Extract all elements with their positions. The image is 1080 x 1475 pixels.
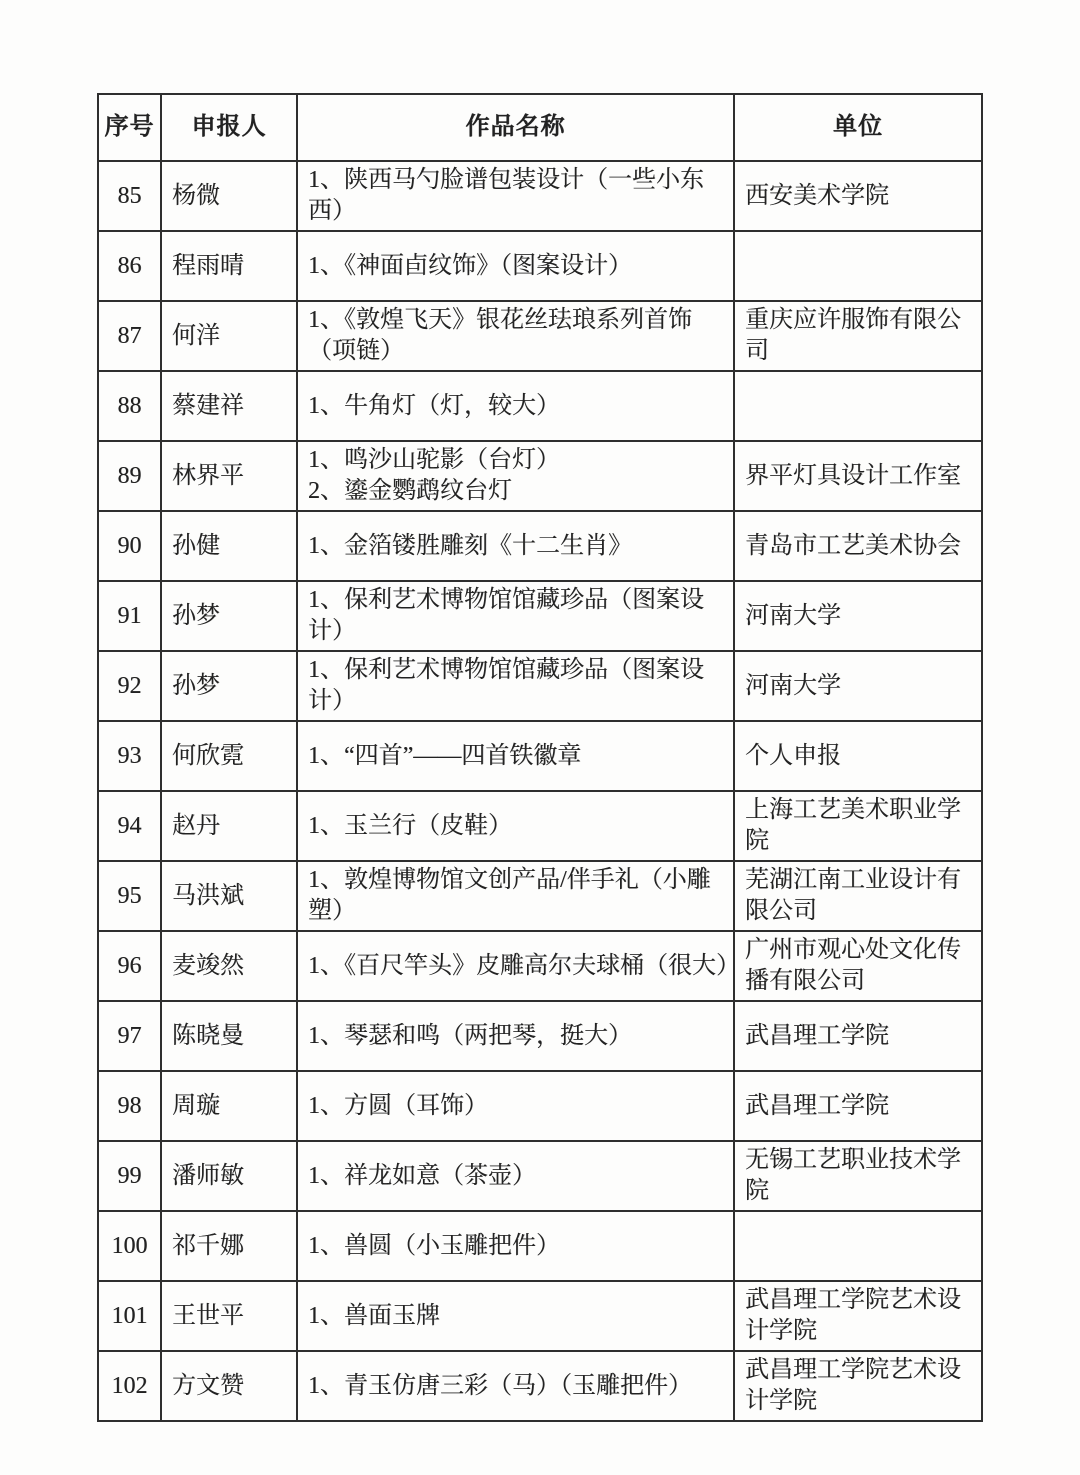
- row-applicant: 孙梦: [161, 651, 297, 721]
- row-organization: 河南大学: [734, 651, 982, 721]
- row-serial-number: 86: [98, 231, 161, 301]
- row-organization: 无锡工艺职业技术学院: [734, 1141, 982, 1211]
- row-applicant: 孙梦: [161, 581, 297, 651]
- table-row: 94 赵丹 1、玉兰行（皮鞋） 上海工艺美术职业学院: [98, 791, 982, 861]
- header-applicant: 申报人: [161, 94, 297, 161]
- table-row: 100 祁千娜 1、兽圆（小玉雕把件）: [98, 1211, 982, 1281]
- table-row: 86 程雨晴 1、《神面卣纹饰》（图案设计）: [98, 231, 982, 301]
- row-serial-number: 85: [98, 161, 161, 231]
- row-organization: 西安美术学院: [734, 161, 982, 231]
- row-applicant: 林界平: [161, 441, 297, 511]
- row-serial-number: 90: [98, 511, 161, 581]
- table-row: 97 陈晓曼 1、琴瑟和鸣（两把琴，挺大） 武昌理工学院: [98, 1001, 982, 1071]
- header-work-title: 作品名称: [297, 94, 734, 161]
- work-item: 1、琴瑟和鸣（两把琴，挺大）: [308, 1021, 729, 1052]
- row-applicant: 马洪斌: [161, 861, 297, 931]
- row-applicant: 祁千娜: [161, 1211, 297, 1281]
- row-serial-number: 95: [98, 861, 161, 931]
- row-works: 1、陕西马勺脸谱包装设计（一些小东西）: [297, 161, 734, 231]
- work-item: 1、《敦煌飞天》银花丝珐琅系列首饰（项链）: [308, 305, 729, 367]
- row-applicant: 周璇: [161, 1071, 297, 1141]
- row-serial-number: 101: [98, 1281, 161, 1351]
- row-serial-number: 97: [98, 1001, 161, 1071]
- row-works: 1、青玉仿唐三彩（马）（玉雕把件）: [297, 1351, 734, 1421]
- row-organization: 青岛市工艺美术协会: [734, 511, 982, 581]
- work-item: 1、敦煌博物馆文创产品/伴手礼（小雕塑）: [308, 865, 729, 927]
- row-applicant: 何欣霓: [161, 721, 297, 791]
- row-serial-number: 99: [98, 1141, 161, 1211]
- row-applicant: 孙健: [161, 511, 297, 581]
- row-organization: 河南大学: [734, 581, 982, 651]
- row-works: 1、《百尺竿头》皮雕高尔夫球桶（很大）: [297, 931, 734, 1001]
- table-header: 序号 申报人 作品名称 单位: [98, 94, 982, 161]
- row-serial-number: 94: [98, 791, 161, 861]
- row-organization: 重庆应许服饰有限公司: [734, 301, 982, 371]
- table-row: 95 马洪斌 1、敦煌博物馆文创产品/伴手礼（小雕塑） 芜湖江南工业设计有限公司: [98, 861, 982, 931]
- row-serial-number: 96: [98, 931, 161, 1001]
- work-item: 1、祥龙如意（茶壶）: [308, 1161, 729, 1192]
- row-organization: 武昌理工学院: [734, 1001, 982, 1071]
- work-item: 1、兽圆（小玉雕把件）: [308, 1231, 729, 1262]
- work-item: 1、鸣沙山驼影（台灯）: [308, 445, 729, 476]
- table-row: 99 潘师敏 1、祥龙如意（茶壶） 无锡工艺职业技术学院: [98, 1141, 982, 1211]
- row-works: 1、《神面卣纹饰》（图案设计）: [297, 231, 734, 301]
- row-works: 1、方圆（耳饰）: [297, 1071, 734, 1141]
- row-applicant: 潘师敏: [161, 1141, 297, 1211]
- row-applicant: 方文赞: [161, 1351, 297, 1421]
- row-works: 1、保利艺术博物馆馆藏珍品（图案设计）: [297, 581, 734, 651]
- row-applicant: 何洋: [161, 301, 297, 371]
- row-organization: 武昌理工学院艺术设计学院: [734, 1281, 982, 1351]
- row-serial-number: 92: [98, 651, 161, 721]
- row-organization: 芜湖江南工业设计有限公司: [734, 861, 982, 931]
- row-works: 1、《敦煌飞天》银花丝珐琅系列首饰（项链）: [297, 301, 734, 371]
- row-organization: 武昌理工学院艺术设计学院: [734, 1351, 982, 1421]
- row-applicant: 麦竣然: [161, 931, 297, 1001]
- table-row: 98 周璇 1、方圆（耳饰） 武昌理工学院: [98, 1071, 982, 1141]
- work-item: 1、玉兰行（皮鞋）: [308, 811, 729, 842]
- row-organization: 个人申报: [734, 721, 982, 791]
- row-organization: [734, 231, 982, 301]
- row-works: 1、兽圆（小玉雕把件）: [297, 1211, 734, 1281]
- table-row: 101 王世平 1、兽面玉牌 武昌理工学院艺术设计学院: [98, 1281, 982, 1351]
- row-works: 1、玉兰行（皮鞋）: [297, 791, 734, 861]
- table-row: 89 林界平 1、鸣沙山驼影（台灯）2、鎏金鹦鹉纹台灯 界平灯具设计工作室: [98, 441, 982, 511]
- work-item: 1、方圆（耳饰）: [308, 1091, 729, 1122]
- header-row: 序号 申报人 作品名称 单位: [98, 94, 982, 161]
- work-item: 1、《神面卣纹饰》（图案设计）: [308, 251, 729, 282]
- row-serial-number: 89: [98, 441, 161, 511]
- row-serial-number: 87: [98, 301, 161, 371]
- row-works: 1、祥龙如意（茶壶）: [297, 1141, 734, 1211]
- row-organization: 武昌理工学院: [734, 1071, 982, 1141]
- scanned-document-page: 序号 申报人 作品名称 单位 85 杨微 1、陕西马勺脸谱包装设计（一些小东西）…: [0, 0, 1080, 1475]
- row-serial-number: 88: [98, 371, 161, 441]
- work-item: 2、鎏金鹦鹉纹台灯: [308, 476, 729, 507]
- row-works: 1、金箔镂胜雕刻《十二生肖》: [297, 511, 734, 581]
- table-row: 102 方文赞 1、青玉仿唐三彩（马）（玉雕把件） 武昌理工学院艺术设计学院: [98, 1351, 982, 1421]
- table-row: 91 孙梦 1、保利艺术博物馆馆藏珍品（图案设计） 河南大学: [98, 581, 982, 651]
- row-organization: 上海工艺美术职业学院: [734, 791, 982, 861]
- table-row: 96 麦竣然 1、《百尺竿头》皮雕高尔夫球桶（很大） 广州市观心处文化传播有限公…: [98, 931, 982, 1001]
- row-organization: 广州市观心处文化传播有限公司: [734, 931, 982, 1001]
- row-works: 1、鸣沙山驼影（台灯）2、鎏金鹦鹉纹台灯: [297, 441, 734, 511]
- table-row: 88 蔡建祥 1、牛角灯（灯，较大）: [98, 371, 982, 441]
- table-row: 90 孙健 1、金箔镂胜雕刻《十二生肖》 青岛市工艺美术协会: [98, 511, 982, 581]
- row-works: 1、兽面玉牌: [297, 1281, 734, 1351]
- header-organization: 单位: [734, 94, 982, 161]
- row-serial-number: 102: [98, 1351, 161, 1421]
- work-item: 1、牛角灯（灯，较大）: [308, 391, 729, 422]
- row-serial-number: 98: [98, 1071, 161, 1141]
- work-item: 1、保利艺术博物馆馆藏珍品（图案设计）: [308, 585, 729, 647]
- row-applicant: 杨微: [161, 161, 297, 231]
- row-organization: 界平灯具设计工作室: [734, 441, 982, 511]
- work-item: 1、保利艺术博物馆馆藏珍品（图案设计）: [308, 655, 729, 717]
- row-works: 1、琴瑟和鸣（两把琴，挺大）: [297, 1001, 734, 1071]
- work-item: 1、金箔镂胜雕刻《十二生肖》: [308, 531, 729, 562]
- row-applicant: 陈晓曼: [161, 1001, 297, 1071]
- row-works: 1、“四首”——四首铁徽章: [297, 721, 734, 791]
- row-works: 1、牛角灯（灯，较大）: [297, 371, 734, 441]
- work-item: 1、陕西马勺脸谱包装设计（一些小东西）: [308, 165, 729, 227]
- row-works: 1、敦煌博物馆文创产品/伴手礼（小雕塑）: [297, 861, 734, 931]
- row-organization: [734, 371, 982, 441]
- row-applicant: 蔡建祥: [161, 371, 297, 441]
- table-row: 85 杨微 1、陕西马勺脸谱包装设计（一些小东西） 西安美术学院: [98, 161, 982, 231]
- work-item: 1、兽面玉牌: [308, 1301, 729, 1332]
- works-declaration-table: 序号 申报人 作品名称 单位 85 杨微 1、陕西马勺脸谱包装设计（一些小东西）…: [97, 93, 983, 1422]
- table-body: 85 杨微 1、陕西马勺脸谱包装设计（一些小东西） 西安美术学院 86 程雨晴 …: [98, 161, 982, 1421]
- header-serial-number: 序号: [98, 94, 161, 161]
- row-applicant: 王世平: [161, 1281, 297, 1351]
- row-serial-number: 100: [98, 1211, 161, 1281]
- row-organization: [734, 1211, 982, 1281]
- row-serial-number: 93: [98, 721, 161, 791]
- row-works: 1、保利艺术博物馆馆藏珍品（图案设计）: [297, 651, 734, 721]
- table-row: 87 何洋 1、《敦煌飞天》银花丝珐琅系列首饰（项链） 重庆应许服饰有限公司: [98, 301, 982, 371]
- work-item: 1、《百尺竿头》皮雕高尔夫球桶（很大）: [308, 951, 729, 982]
- work-item: 1、青玉仿唐三彩（马）（玉雕把件）: [308, 1371, 729, 1402]
- row-applicant: 程雨晴: [161, 231, 297, 301]
- table-row: 93 何欣霓 1、“四首”——四首铁徽章 个人申报: [98, 721, 982, 791]
- table-row: 92 孙梦 1、保利艺术博物馆馆藏珍品（图案设计） 河南大学: [98, 651, 982, 721]
- work-item: 1、“四首”——四首铁徽章: [308, 741, 729, 772]
- row-applicant: 赵丹: [161, 791, 297, 861]
- row-serial-number: 91: [98, 581, 161, 651]
